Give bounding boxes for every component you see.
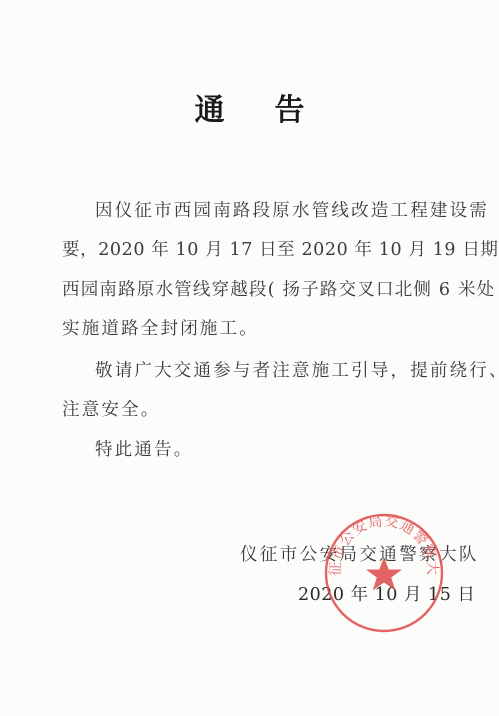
document-title: 通告 [0, 85, 499, 129]
body-line-4: 实施道路全封闭施工。 [62, 315, 259, 340]
notice-document: 通告 因仪征市西园南路段原水管线改造工程建设需 要，2020 年 10 月 17… [0, 0, 499, 716]
body-line-3: 西园南路原水管线穿越段( 扬子路交叉口北侧 6 米处 ) [62, 276, 499, 301]
body-line-5: 敬请广大交通参与者注意施工引导，提前绕行、 [95, 357, 499, 382]
body-line-6: 注意安全。 [62, 396, 161, 421]
body-line-1: 因仪征市西园南路段原水管线改造工程建设需 [95, 197, 489, 222]
body-line-7: 特此通告。 [95, 436, 194, 461]
official-seal-icon: 仪征市公安局交通警察大队 [322, 511, 446, 635]
body-line-2: 要，2020 年 10 月 17 日至 2020 年 10 月 19 日期间， [62, 236, 499, 261]
